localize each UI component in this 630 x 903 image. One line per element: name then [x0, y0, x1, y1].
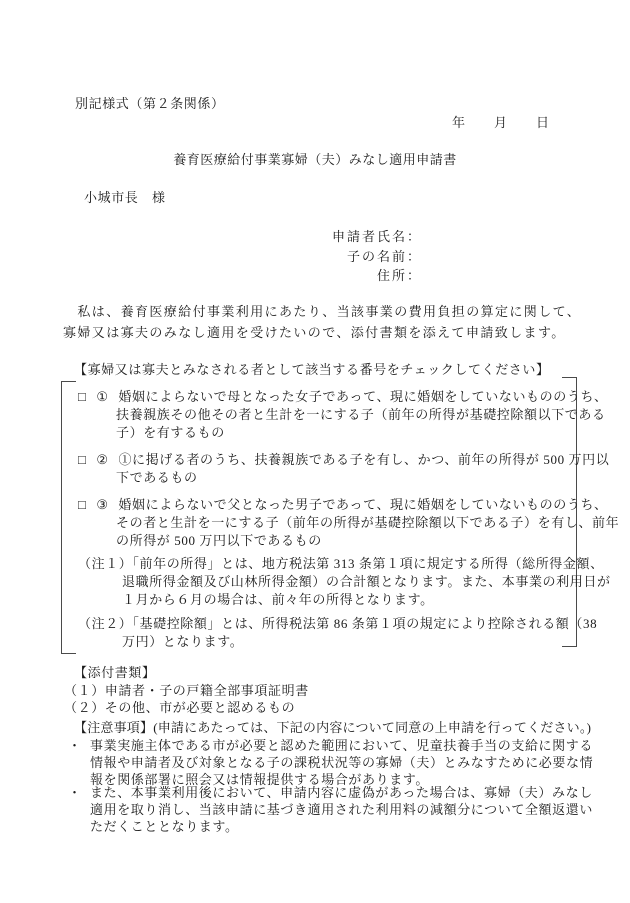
note-2: （注２）「基礎控除額」とは、所得税法第 86 条第１項の規定により控除される額（…	[78, 615, 570, 651]
note-1: （注１）「前年の所得」とは、地方税法第 313 条第１項に規定する所得（総所得金…	[78, 555, 570, 609]
cautions-heading: 【注意事項】(申請にあたっては、下記の内容について同意の上申請を行ってください。…	[74, 719, 591, 737]
option-3-text: その者と生計を一にする子（前年の所得が基礎控除額以下である子）を有し、前年	[78, 514, 570, 532]
option-3-text: の所得が 500 万円以下であるもの	[78, 532, 570, 550]
option-2-text: ①に掲げる者のうち、扶養親族である子を有し、かつ、前年の所得が 500 万円以	[118, 452, 609, 467]
attachments-heading: 【添付書類】	[74, 664, 156, 682]
note-2-text: （注２）「基礎控除額」とは、所得税法第 86 条第１項の規定により控除される額（…	[78, 615, 570, 633]
applicant-name-label: 申請者氏名：	[260, 227, 422, 247]
caution-1-text: 情報や申請者及び対象となる子の課税状況等の寡婦（夫）とみなすために必要な情	[68, 754, 570, 771]
date-line: 年 月 日	[452, 114, 550, 132]
intro-paragraph: 私は、養育医療給付事業利用にあたり、当該事業の費用負担の算定に関して、 寡婦又は…	[63, 301, 573, 343]
option-1-number: ①	[96, 388, 108, 406]
caution-2-line: ・ また、本事業利用後において、申請内容に虚偽があった場合は、寡婦（夫）みなし	[68, 784, 570, 801]
checkbox-option-3[interactable]: □	[78, 496, 86, 514]
document-page: 別記様式（第２条関係） 年 月 日 養育医療給付事業寡婦（夫）みなし適用申請書 …	[0, 0, 630, 903]
caution-2-text: ただくこととなります。	[68, 818, 570, 835]
checklist-bracket-left	[61, 381, 76, 654]
checklist-item-3: □ ③ 婚姻によらないで父となった男子であって、現に婚姻をしていないもののうち、…	[78, 496, 570, 550]
caution-1-text: 事業実施主体である市が必要と認めた範囲において、児童扶養手当の支給に関する	[90, 737, 593, 754]
option-3-text: 婚姻によらないで父となった男子であって、現に婚姻をしていないもののうち、	[118, 497, 607, 512]
applicant-fields: 申請者氏名： 子の名前： 住所：	[260, 227, 422, 286]
caution-2-text: また、本事業利用後において、申請内容に虚偽があった場合は、寡婦（夫）みなし	[90, 784, 593, 801]
attachment-item-1: （１）申請者・子の戸籍全部事項証明書	[64, 682, 309, 700]
intro-line: 寡婦又は寡夫のみなし適用を受けたいので、添付書類を添えて申請致します。	[63, 322, 573, 343]
caution-2-text: 適用を取り消し、当該申請に基づき適用された利用料の減額分について全額返還い	[68, 801, 570, 818]
checkbox-option-2[interactable]: □	[78, 451, 86, 469]
address-label: 住所：	[260, 266, 422, 286]
option-1-text: 子）を有するもの	[78, 424, 570, 442]
bullet-icon: ・	[68, 737, 90, 754]
attachment-item-2: （２）その他、市が必要と認めるもの	[64, 699, 295, 717]
note-1-text: （注１）「前年の所得」とは、地方税法第 313 条第１項に規定する所得（総所得金…	[78, 555, 570, 573]
checklist-item-1: □ ① 婚姻によらないで母となった女子であって、現に婚姻をしていないもののうち、…	[78, 388, 570, 442]
note-1-text: 退職所得金額及び山林所得金額）の合計額となります。また、本事業の利用日が	[78, 573, 570, 591]
checklist-item-3-line: □ ③ 婚姻によらないで父となった男子であって、現に婚姻をしていないもののうち、	[78, 496, 570, 514]
checklist-heading: 【寡婦又は寡夫とみなされる者として該当する番号をチェックしてください】	[74, 361, 550, 379]
note-2-text: 万円）となります。	[78, 633, 570, 651]
option-2-text: 下であるもの	[78, 469, 570, 487]
checkbox-option-1[interactable]: □	[78, 388, 86, 406]
option-3-number: ③	[96, 496, 108, 514]
option-1-text: 扶養親族その他その者と生計を一にする子（前年の所得が基礎控除額以下である	[78, 406, 570, 424]
intro-line: 私は、養育医療給付事業利用にあたり、当該事業の費用負担の算定に関して、	[63, 301, 573, 322]
form-id: 別記様式（第２条関係）	[75, 95, 225, 113]
addressee: 小城市長 様	[84, 189, 166, 207]
bullet-icon: ・	[68, 784, 90, 801]
checklist-item-2-line: □ ② ①に掲げる者のうち、扶養親族である子を有し、かつ、前年の所得が 500 …	[78, 451, 570, 469]
note-1-text: １月から６月の場合は、前々年の所得となります。	[78, 591, 570, 609]
option-2-number: ②	[96, 451, 108, 469]
document-title: 養育医療給付事業寡婦（夫）みなし適用申請書	[0, 151, 630, 169]
caution-1-line: ・ 事業実施主体である市が必要と認めた範囲において、児童扶養手当の支給に関する	[68, 737, 570, 754]
caution-bullet-1: ・ 事業実施主体である市が必要と認めた範囲において、児童扶養手当の支給に関する …	[68, 737, 570, 788]
option-1-text: 婚姻によらないで母となった女子であって、現に婚姻をしていないもののうち、	[118, 389, 607, 404]
caution-bullet-2: ・ また、本事業利用後において、申請内容に虚偽があった場合は、寡婦（夫）みなし …	[68, 784, 570, 835]
child-name-label: 子の名前：	[260, 247, 422, 267]
checklist-item-1-line: □ ① 婚姻によらないで母となった女子であって、現に婚姻をしていないもののうち、	[78, 388, 570, 406]
checklist-item-2: □ ② ①に掲げる者のうち、扶養親族である子を有し、かつ、前年の所得が 500 …	[78, 451, 570, 487]
